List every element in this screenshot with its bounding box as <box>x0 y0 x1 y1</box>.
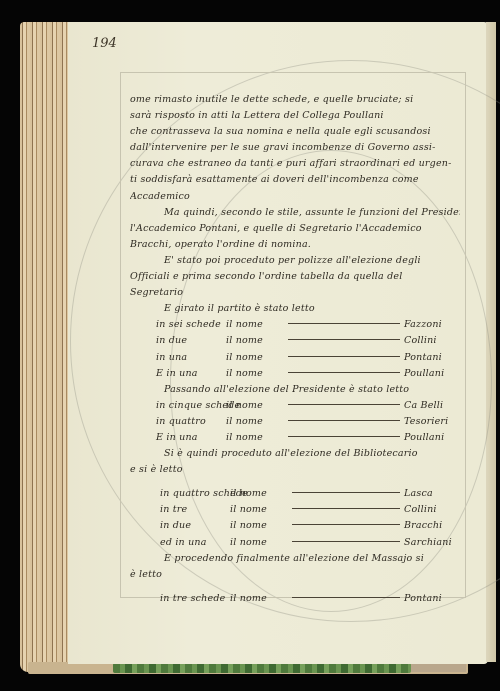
vote-label: il nome <box>226 430 288 446</box>
vote-row: in due il nome Collini <box>130 333 460 349</box>
text-line: E' stato poi proceduto per polizze all'e… <box>130 253 460 269</box>
librarian-intro: Si è quindi proceduto all'elezione del B… <box>130 446 460 462</box>
marbled-green-edge <box>113 663 411 673</box>
vote-row: in quattro il nome Tesorieri <box>130 414 460 430</box>
president-intro: Passando all'elezione del Presidente è s… <box>130 382 460 398</box>
vote-row: in tre il nome Collini <box>130 502 460 518</box>
text-line: curava che estraneo da tanti e puri affa… <box>130 156 460 172</box>
vote-label: il nome <box>226 366 288 382</box>
vote-row: in cinque schede il nome Ca Belli <box>130 398 460 414</box>
text-line: Bracchi, operato l'ordine di nomina. <box>130 237 460 253</box>
dash-line <box>288 414 400 421</box>
vote-name: Tesorieri <box>404 414 460 430</box>
vote-row: in due il nome Bracchi <box>130 518 460 534</box>
vote-row: E in una il nome Poullani <box>130 430 460 446</box>
vote-row: in tre schede il nome Pontani <box>130 591 460 607</box>
text-line: e si è letto <box>130 462 460 478</box>
vote-name: Lasca <box>404 486 460 502</box>
vote-label: il nome <box>230 518 292 534</box>
text-line: Ma quindi, secondo le stile, assunte le … <box>130 205 460 221</box>
vote-count: in quattro <box>156 414 226 430</box>
vote-label: il nome <box>230 535 292 551</box>
vote-count: in cinque schede <box>156 398 226 414</box>
final-intro: E procedendo finalmente all'elezione del… <box>130 551 460 567</box>
vote-count: ed in una <box>160 535 230 551</box>
text-line: ti soddisfarà esattamente ai doveri dell… <box>130 172 460 188</box>
dash-line <box>292 502 400 509</box>
page-right-edge <box>486 22 496 662</box>
folio-number: 194 <box>92 36 117 51</box>
vote-label: il nome <box>230 502 292 518</box>
dash-line <box>288 366 400 373</box>
text-line: dall'intervenire per le sue gravi incomb… <box>130 140 460 156</box>
text-line: Segretario <box>130 285 460 301</box>
vote-name: Pontani <box>404 350 460 366</box>
vote-label: il nome <box>226 350 288 366</box>
vote-label: il nome <box>226 333 288 349</box>
vote-row: E in una il nome Poullani <box>130 366 460 382</box>
dash-line <box>288 398 400 405</box>
vote-count: E in una <box>156 366 226 382</box>
vote-count: E in una <box>156 430 226 446</box>
vote-name: Poullani <box>404 366 460 382</box>
vote-count: in sei schede <box>156 317 226 333</box>
manuscript-text: ome rimasto inutile le dette schede, e q… <box>130 92 460 607</box>
vote-count: in quattro schede <box>160 486 230 502</box>
vote-label: il nome <box>226 317 288 333</box>
election-intro: E girato il partito è stato letto <box>130 301 460 317</box>
vote-name: Ca Belli <box>404 398 460 414</box>
vote-name: Pontani <box>404 591 460 607</box>
dash-line <box>288 333 400 340</box>
text-line: ome rimasto inutile le dette schede, e q… <box>130 92 460 108</box>
vote-row: ed in una il nome Sarchiani <box>130 535 460 551</box>
vote-name: Bracchi <box>404 518 460 534</box>
vote-count: in due <box>156 333 226 349</box>
dash-line <box>292 535 400 542</box>
vote-row: in sei schede il nome Fazzoni <box>130 317 460 333</box>
dash-line <box>288 350 400 357</box>
vote-row: in una il nome Pontani <box>130 350 460 366</box>
vote-count: in tre <box>160 502 230 518</box>
text-line: l'Accademico Pontani, e quelle di Segret… <box>130 221 460 237</box>
dash-line <box>292 486 400 493</box>
dash-line <box>288 317 400 324</box>
vote-count: in una <box>156 350 226 366</box>
vote-name: Sarchiani <box>404 535 460 551</box>
book-bottom-edge-right <box>411 663 466 672</box>
vote-count: in due <box>160 518 230 534</box>
vote-label: il nome <box>226 414 288 430</box>
text-line: è letto <box>130 567 460 583</box>
text-line: che contrasseva la sua nomina e nella qu… <box>130 124 460 140</box>
dash-line <box>292 518 400 525</box>
vote-label: il nome <box>226 398 288 414</box>
dash-line <box>292 591 400 598</box>
text-line: Officiali e prima secondo l'ordine tabel… <box>130 269 460 285</box>
vote-name: Fazzoni <box>404 317 460 333</box>
vote-name: Collini <box>404 333 460 349</box>
dash-line <box>288 430 400 437</box>
page-stack-edges <box>20 22 72 672</box>
vote-name: Poullani <box>404 430 460 446</box>
vote-name: Collini <box>404 502 460 518</box>
text-line: sarà risposto in atti la Lettera del Col… <box>130 108 460 124</box>
vote-row: in quattro schede il nome Lasca <box>130 486 460 502</box>
vote-count: in tre schede <box>160 591 230 607</box>
vote-label: il nome <box>230 486 292 502</box>
text-line: Accademico <box>130 189 460 205</box>
vote-label: il nome <box>230 591 292 607</box>
